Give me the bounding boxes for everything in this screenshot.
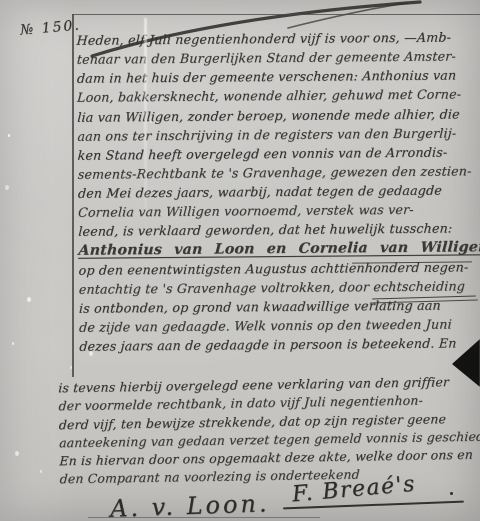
main-text-block: Heden, elf Juli negentienhonderd vijf is… <box>77 27 478 356</box>
scan-scratch <box>144 18 147 214</box>
bottom-edge-rule <box>88 517 320 518</box>
text-line: dezes jaars aan de gedaagde in persoon i… <box>79 334 478 357</box>
ink-dot <box>450 492 453 495</box>
top-rule <box>72 14 480 15</box>
addendum-text-block: is tevens hierbij overgelegd eene verkla… <box>58 373 480 489</box>
margin-rule <box>72 14 74 377</box>
scan-specks <box>8 134 10 137</box>
document-scan: № 150. Heden, elf Juli negentienhonderd … <box>0 0 480 521</box>
